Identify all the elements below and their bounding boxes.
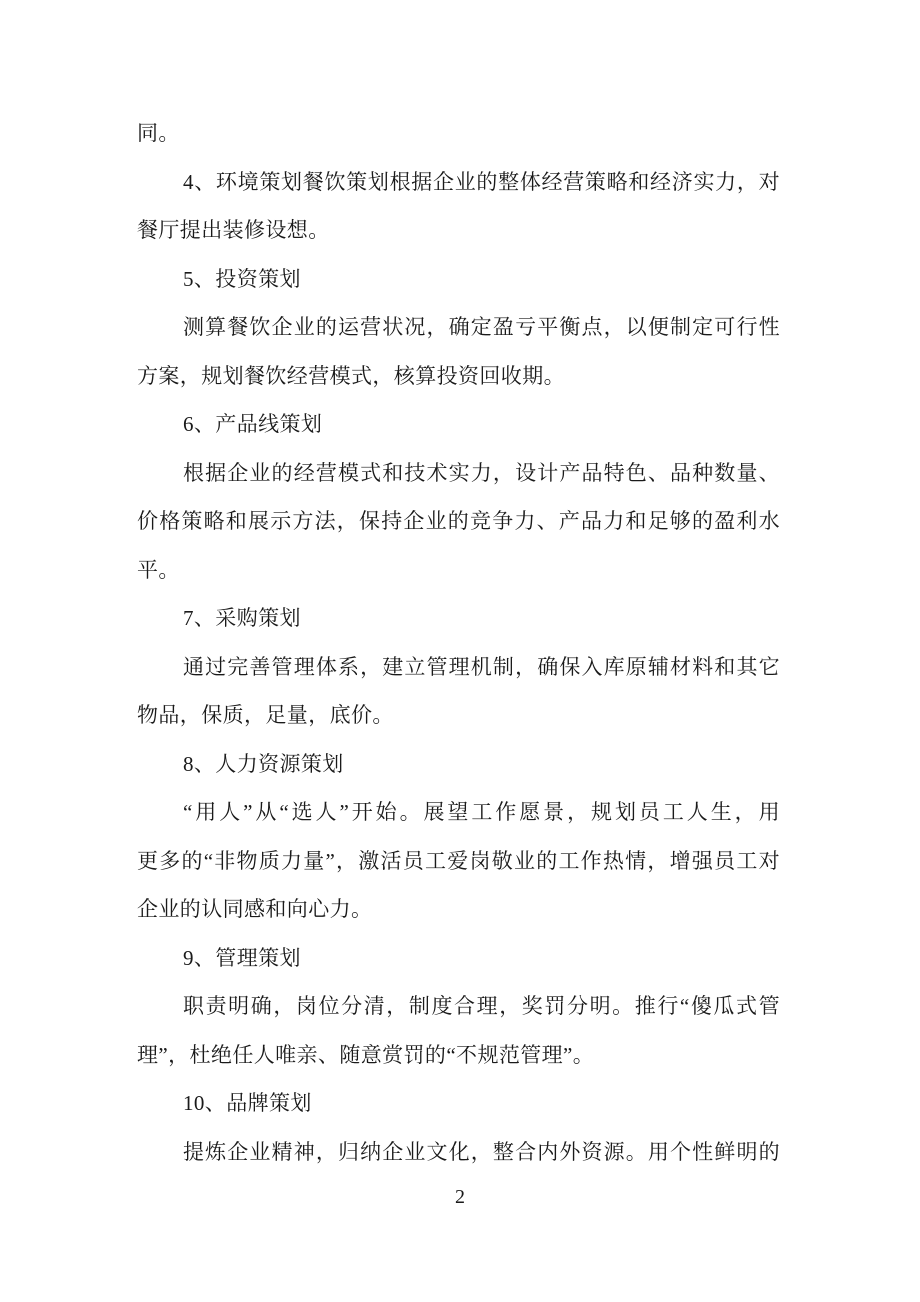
text-line: 10、品牌策划 [137, 1079, 780, 1128]
text-line: 平。 [137, 546, 780, 595]
text-line: 方案，规划餐饮经营模式，核算投资回收期。 [137, 352, 780, 401]
text-line: 4、环境策划餐饮策划根据企业的整体经营策略和经济实力，对 [137, 158, 780, 207]
text-line: 价格策略和展示方法，保持企业的竞争力、产品力和足够的盈利水 [137, 497, 780, 546]
text-line: 测算餐饮企业的运营状况，确定盈亏平衡点，以便制定可行性 [137, 303, 780, 352]
text-line: 通过完善管理体系，建立管理机制，确保入库原辅材料和其它 [137, 643, 780, 692]
document-text-block: 同。4、环境策划餐饮策划根据企业的整体经营策略和经济实力，对餐厅提出装修设想。5… [137, 109, 780, 1176]
page-number: 2 [0, 1185, 920, 1209]
text-line: 9、管理策划 [137, 934, 780, 983]
text-line: 企业的认同感和向心力。 [137, 885, 780, 934]
text-line: 7、采购策划 [137, 594, 780, 643]
text-line: 物品，保质，足量，底价。 [137, 691, 780, 740]
text-line: 职责明确，岗位分清，制度合理，奖罚分明。推行“傻瓜式管 [137, 982, 780, 1031]
text-line: 6、产品线策划 [137, 400, 780, 449]
text-line: 理”，杜绝任人唯亲、随意赏罚的“不规范管理”。 [137, 1031, 780, 1080]
text-line: “用人”从“选人”开始。展望工作愿景，规划员工人生，用 [137, 788, 780, 837]
text-line: 提炼企业精神，归纳企业文化，整合内外资源。用个性鲜明的 [137, 1128, 780, 1177]
text-line: 5、投资策划 [137, 255, 780, 304]
text-line: 根据企业的经营模式和技术实力，设计产品特色、品种数量、 [137, 449, 780, 498]
text-line: 更多的“非物质力量”，激活员工爱岗敬业的工作热情，增强员工对 [137, 837, 780, 886]
text-line: 同。 [137, 109, 780, 158]
text-line: 8、人力资源策划 [137, 740, 780, 789]
document-page: 同。4、环境策划餐饮策划根据企业的整体经营策略和经济实力，对餐厅提出装修设想。5… [0, 0, 920, 1302]
text-line: 餐厅提出装修设想。 [137, 206, 780, 255]
